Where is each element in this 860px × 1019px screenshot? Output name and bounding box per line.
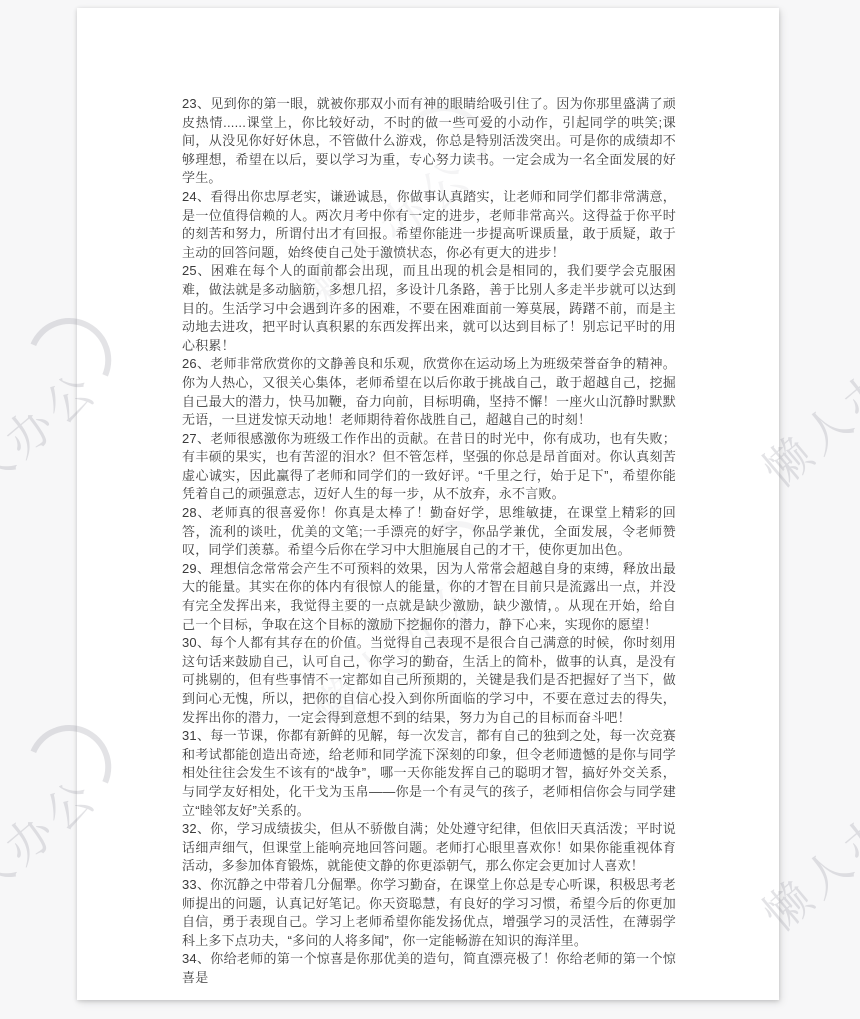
paragraph: 33、你沉静之中带着几分倔犟。你学习勤奋，在课堂上你总是专心听课，积极思考老师提… [182, 876, 676, 950]
paragraph: 25、困难在每个人的面前都会出现，而且出现的机会是相同的，我们要学会克服困难，做… [182, 262, 676, 355]
paragraph: 31、每一节课，你都有新鲜的见解，每一次发言，都有自己的独到之处，每一次竞赛和考… [182, 727, 676, 820]
paragraph: 28、老师真的很喜爱你！你真是太棒了！勤奋好学，思维敏捷，在课堂上精彩的回答，流… [182, 504, 676, 560]
paragraph: 29、理想信念常常会产生不可预料的效果，因为人常常会超越自身的束缚，释放出最大的… [182, 560, 676, 634]
document-page: 23、见到你的第一眼，就被你那双小而有神的眼睛给吸引住了。因为你那里盛满了顽皮热… [77, 8, 779, 1000]
watermark-swoosh-icon [853, 268, 860, 377]
watermark-swoosh-icon [853, 712, 860, 821]
paragraph: 27、老师很感激你为班级工作作出的贡献。在昔日的时光中，你有成功，也有失败；有丰… [182, 430, 676, 504]
paragraph: 34、你给老师的第一个惊喜是你那优美的造句，简直漂亮极了！你给老师的第一个惊喜是 [182, 950, 676, 987]
paragraph: 24、看得出你忠厚老实，谦逊诚恳，你做事认真踏实，让老师和同学们都非常满意，是一… [182, 188, 676, 262]
paragraph: 32、你，学习成绩拔尖，但从不骄傲自满；处处遵守纪律，但依旧天真活泼；平时说话细… [182, 820, 676, 876]
document-body: 23、见到你的第一眼，就被你那双小而有神的眼睛给吸引住了。因为你那里盛满了顽皮热… [182, 95, 676, 988]
paragraph: 26、老师非常欣赏你的文静善良和乐观，欣赏你在运动场上为班级荣誉奋争的精神。你为… [182, 355, 676, 429]
paragraph: 30、每个人都有其存在的价值。当觉得自己表现不是很合自己满意的时候，你时刻用这句… [182, 634, 676, 727]
paragraph: 23、见到你的第一眼，就被你那双小而有神的眼睛给吸引住了。因为你那里盛满了顽皮热… [182, 95, 676, 188]
document-viewer: 23、见到你的第一眼，就被你那双小而有神的眼睛给吸引住了。因为你那里盛满了顽皮热… [0, 0, 860, 1019]
